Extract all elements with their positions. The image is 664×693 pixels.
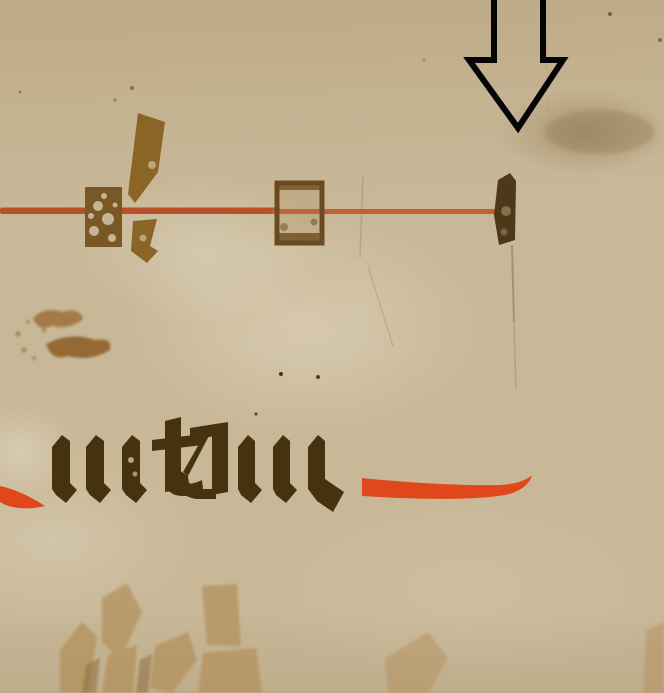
neume-left-square-note [85, 187, 122, 247]
neume-right-note [494, 173, 516, 390]
note-tail-line [512, 245, 514, 322]
down-arrow-annotation [469, 0, 563, 128]
parchment-creases [360, 0, 548, 346]
rubric-comma [0, 486, 45, 508]
manuscript-art [0, 0, 664, 693]
letter-m [238, 435, 344, 512]
staff-line [0, 208, 497, 215]
next-line-letter-tops [60, 583, 664, 693]
ink-smudge [545, 110, 655, 154]
letter-a [179, 422, 228, 499]
word-uitam [52, 417, 344, 512]
neume-middle-square-note [277, 182, 322, 243]
letter-u [52, 435, 111, 503]
rubric-line-filler [362, 475, 532, 499]
manuscript-photo: uitam [0, 0, 664, 693]
neume-left-oblique-note [128, 113, 165, 263]
letter-i [122, 435, 147, 503]
offset-ink-marks [16, 310, 111, 360]
